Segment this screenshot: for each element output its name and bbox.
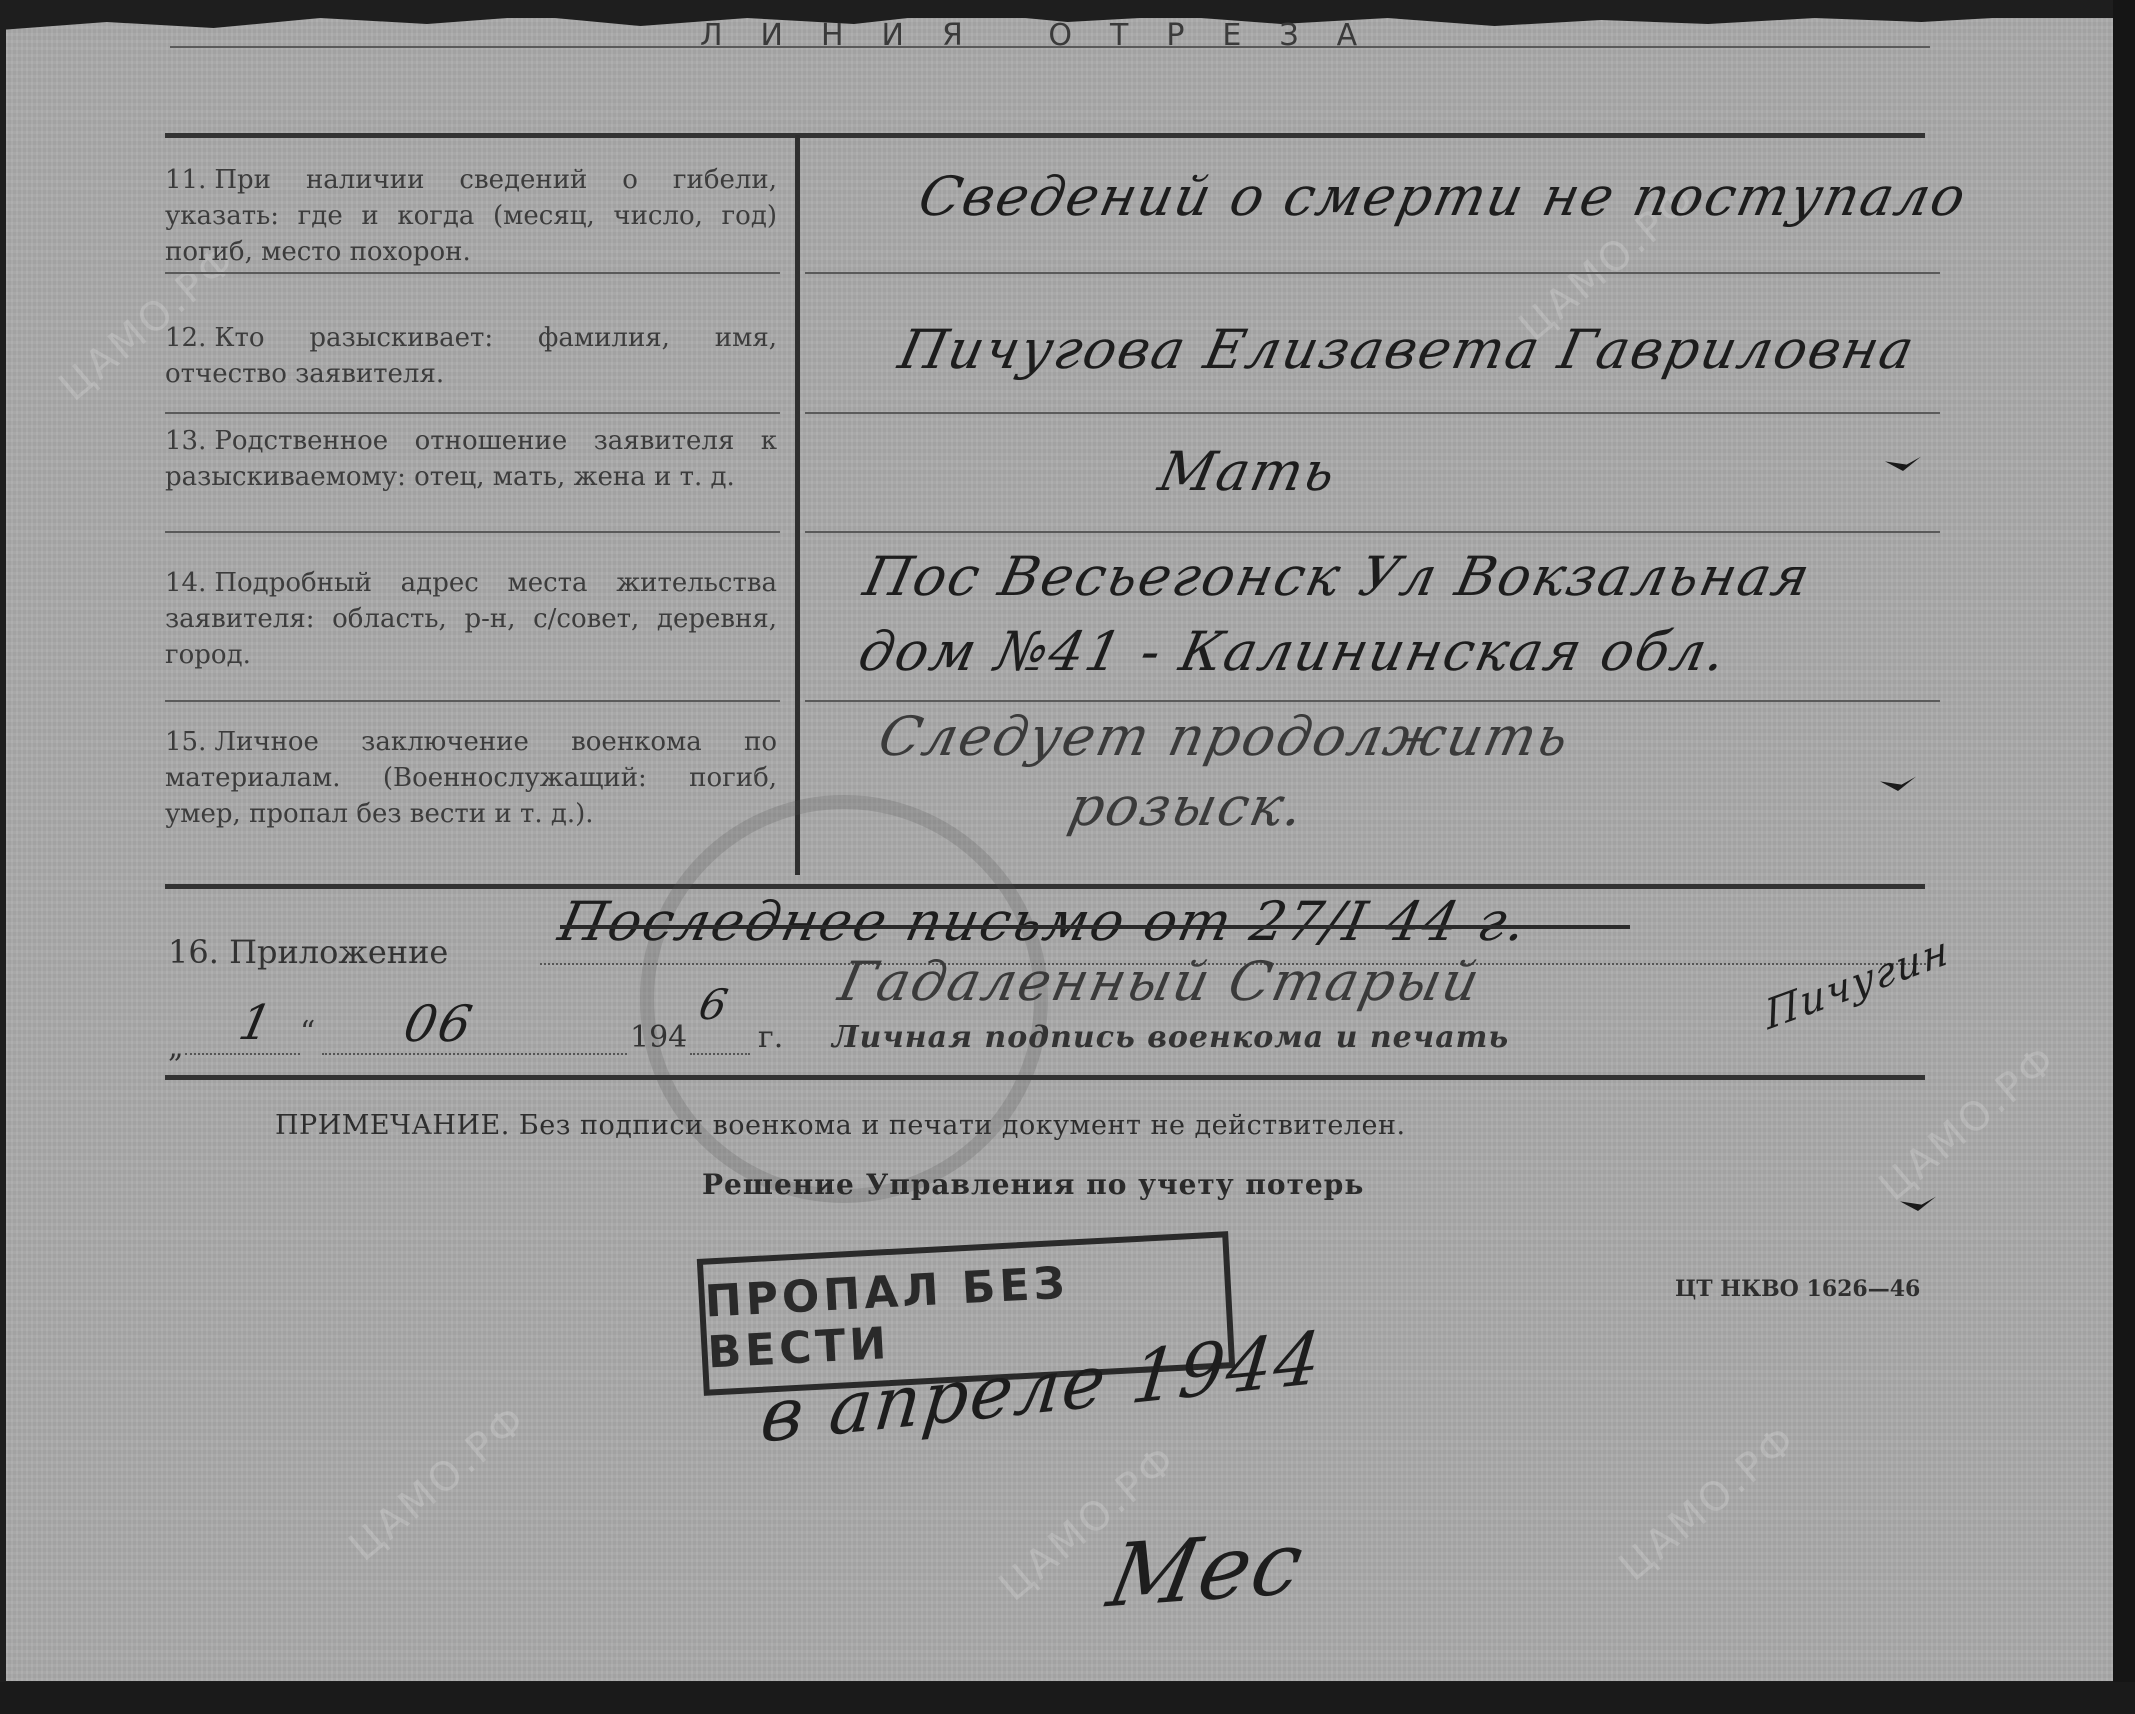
decision-heading: Решение Управления по учету потерь bbox=[702, 1168, 1364, 1201]
row-divider bbox=[805, 272, 1940, 274]
field-15-label: 15.Личное заключение военкома по материа… bbox=[165, 724, 777, 832]
attachment-label: 16. Приложение bbox=[168, 933, 448, 971]
year-dotted-line bbox=[690, 1053, 750, 1055]
field-14-label: 14.Подробный адрес места жительства заяв… bbox=[165, 565, 777, 673]
row-divider bbox=[805, 412, 1940, 414]
row-divider bbox=[165, 272, 780, 274]
attachment-struck-text: Последнее письмо от 27/I 44 г. bbox=[553, 890, 1534, 953]
cut-line bbox=[170, 46, 1930, 48]
date-month: 06 bbox=[399, 995, 479, 1053]
field-11-label: 11.При наличии сведений о гибели, указат… bbox=[165, 162, 777, 270]
signature-caption: Личная подпись военкома и печать bbox=[832, 1020, 1509, 1055]
table-top-border bbox=[165, 133, 1925, 138]
field-14-handwritten-line2: дом №41 - Калининская обл. bbox=[853, 620, 1733, 683]
date-year-prefix: 194 bbox=[630, 1020, 687, 1055]
row-divider bbox=[805, 700, 1940, 702]
section-divider bbox=[165, 1075, 1925, 1080]
date-year-unit: г. bbox=[758, 1020, 783, 1055]
scan-border-right bbox=[2113, 0, 2135, 1714]
row-divider bbox=[805, 531, 1940, 533]
table-bottom-border bbox=[165, 884, 1925, 889]
field-14-handwritten-line1: Пос Весьегонск Ул Вокзальная bbox=[858, 545, 1817, 608]
field-11-handwritten: Сведений о смерти не поступало bbox=[913, 165, 1973, 228]
field-13-handwritten: Мать bbox=[1153, 440, 1342, 503]
date-close-quote: “ bbox=[300, 1015, 315, 1050]
row-divider bbox=[165, 531, 780, 533]
field-12-handwritten: Пичугова Елизавета Гавриловна bbox=[893, 318, 1921, 381]
date-open-quote: „ bbox=[168, 1030, 184, 1065]
field-13-label: 13.Родственное отношение заявителя к раз… bbox=[165, 423, 777, 495]
print-code: ЦТ НКВО 1626—46 bbox=[1675, 1276, 1920, 1302]
field-15-handwritten-line2: розыск. bbox=[1063, 775, 1311, 838]
row-divider bbox=[165, 700, 780, 702]
strikethrough-line bbox=[560, 925, 1630, 929]
scan-border-bottom bbox=[0, 1682, 2135, 1714]
footer-note: ПРИМЕЧАНИЕ. Без подписи военкома и печат… bbox=[275, 1110, 1406, 1141]
day-dotted-line bbox=[185, 1053, 300, 1055]
column-divider bbox=[795, 135, 800, 875]
field-15-handwritten-line1: Следует продолжить bbox=[873, 705, 1576, 768]
field-12-label: 12.Кто разыскивает: фамилия, имя, отчест… bbox=[165, 320, 777, 392]
month-dotted-line bbox=[322, 1053, 627, 1055]
row-divider bbox=[165, 412, 780, 414]
attachment-handwritten-below: Гадаленный Старый bbox=[833, 950, 1486, 1013]
final-signature: Мес bbox=[1100, 1512, 1312, 1627]
